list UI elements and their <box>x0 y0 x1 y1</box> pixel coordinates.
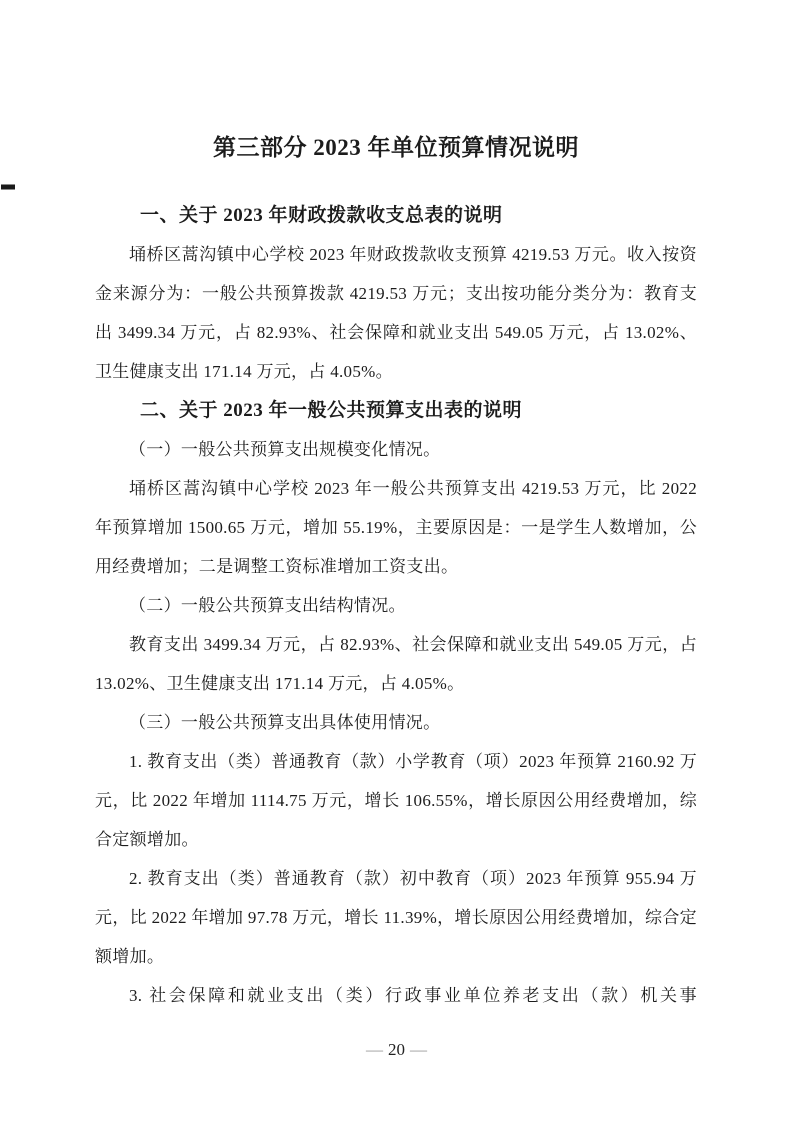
subheading-scale-change: （一）一般公共预算支出规模变化情况。 <box>95 430 697 469</box>
paragraph-scale-change: 埇桥区蒿沟镇中心学校 2023 年一般公共预算支出 4219.53 万元，比 2… <box>95 469 697 586</box>
page-number: 20 <box>388 1040 405 1059</box>
margin-mark <box>1 184 15 190</box>
section-1-paragraph-fiscal-overview: 埇桥区蒿沟镇中心学校 2023 年财政拨款收支预算 4219.53 万元。收入按… <box>95 235 697 391</box>
paragraph-structure: 教育支出 3499.34 万元，占 82.93%、社会保障和就业支出 549.0… <box>95 625 697 703</box>
document-page: 第三部分 2023 年单位预算情况说明 一、关于 2023 年财政拨款收支总表的… <box>0 0 793 1122</box>
document-content: 第三部分 2023 年单位预算情况说明 一、关于 2023 年财政拨款收支总表的… <box>95 0 697 1015</box>
subheading-specific-usage: （三）一般公共预算支出具体使用情况。 <box>95 703 697 742</box>
footer-dash-left: — <box>366 1040 383 1059</box>
subheading-structure: （二）一般公共预算支出结构情况。 <box>95 586 697 625</box>
document-title: 第三部分 2023 年单位预算情况说明 <box>95 0 697 166</box>
paragraph-item-1-primary-education: 1. 教育支出（类）普通教育（款）小学教育（项）2023 年预算 2160.92… <box>95 742 697 859</box>
section-1-heading: 一、关于 2023 年财政拨款收支总表的说明 <box>95 196 697 235</box>
footer-dash-right: — <box>410 1040 427 1059</box>
page-footer: —20— <box>0 1033 793 1067</box>
paragraph-item-2-middle-school-education: 2. 教育支出（类）普通教育（款）初中教育（项）2023 年预算 955.94 … <box>95 859 697 976</box>
paragraph-item-3-social-security: 3. 社会保障和就业支出（类）行政事业单位养老支出（款）机关事 <box>95 976 697 1015</box>
section-2-heading: 二、关于 2023 年一般公共预算支出表的说明 <box>95 391 697 430</box>
